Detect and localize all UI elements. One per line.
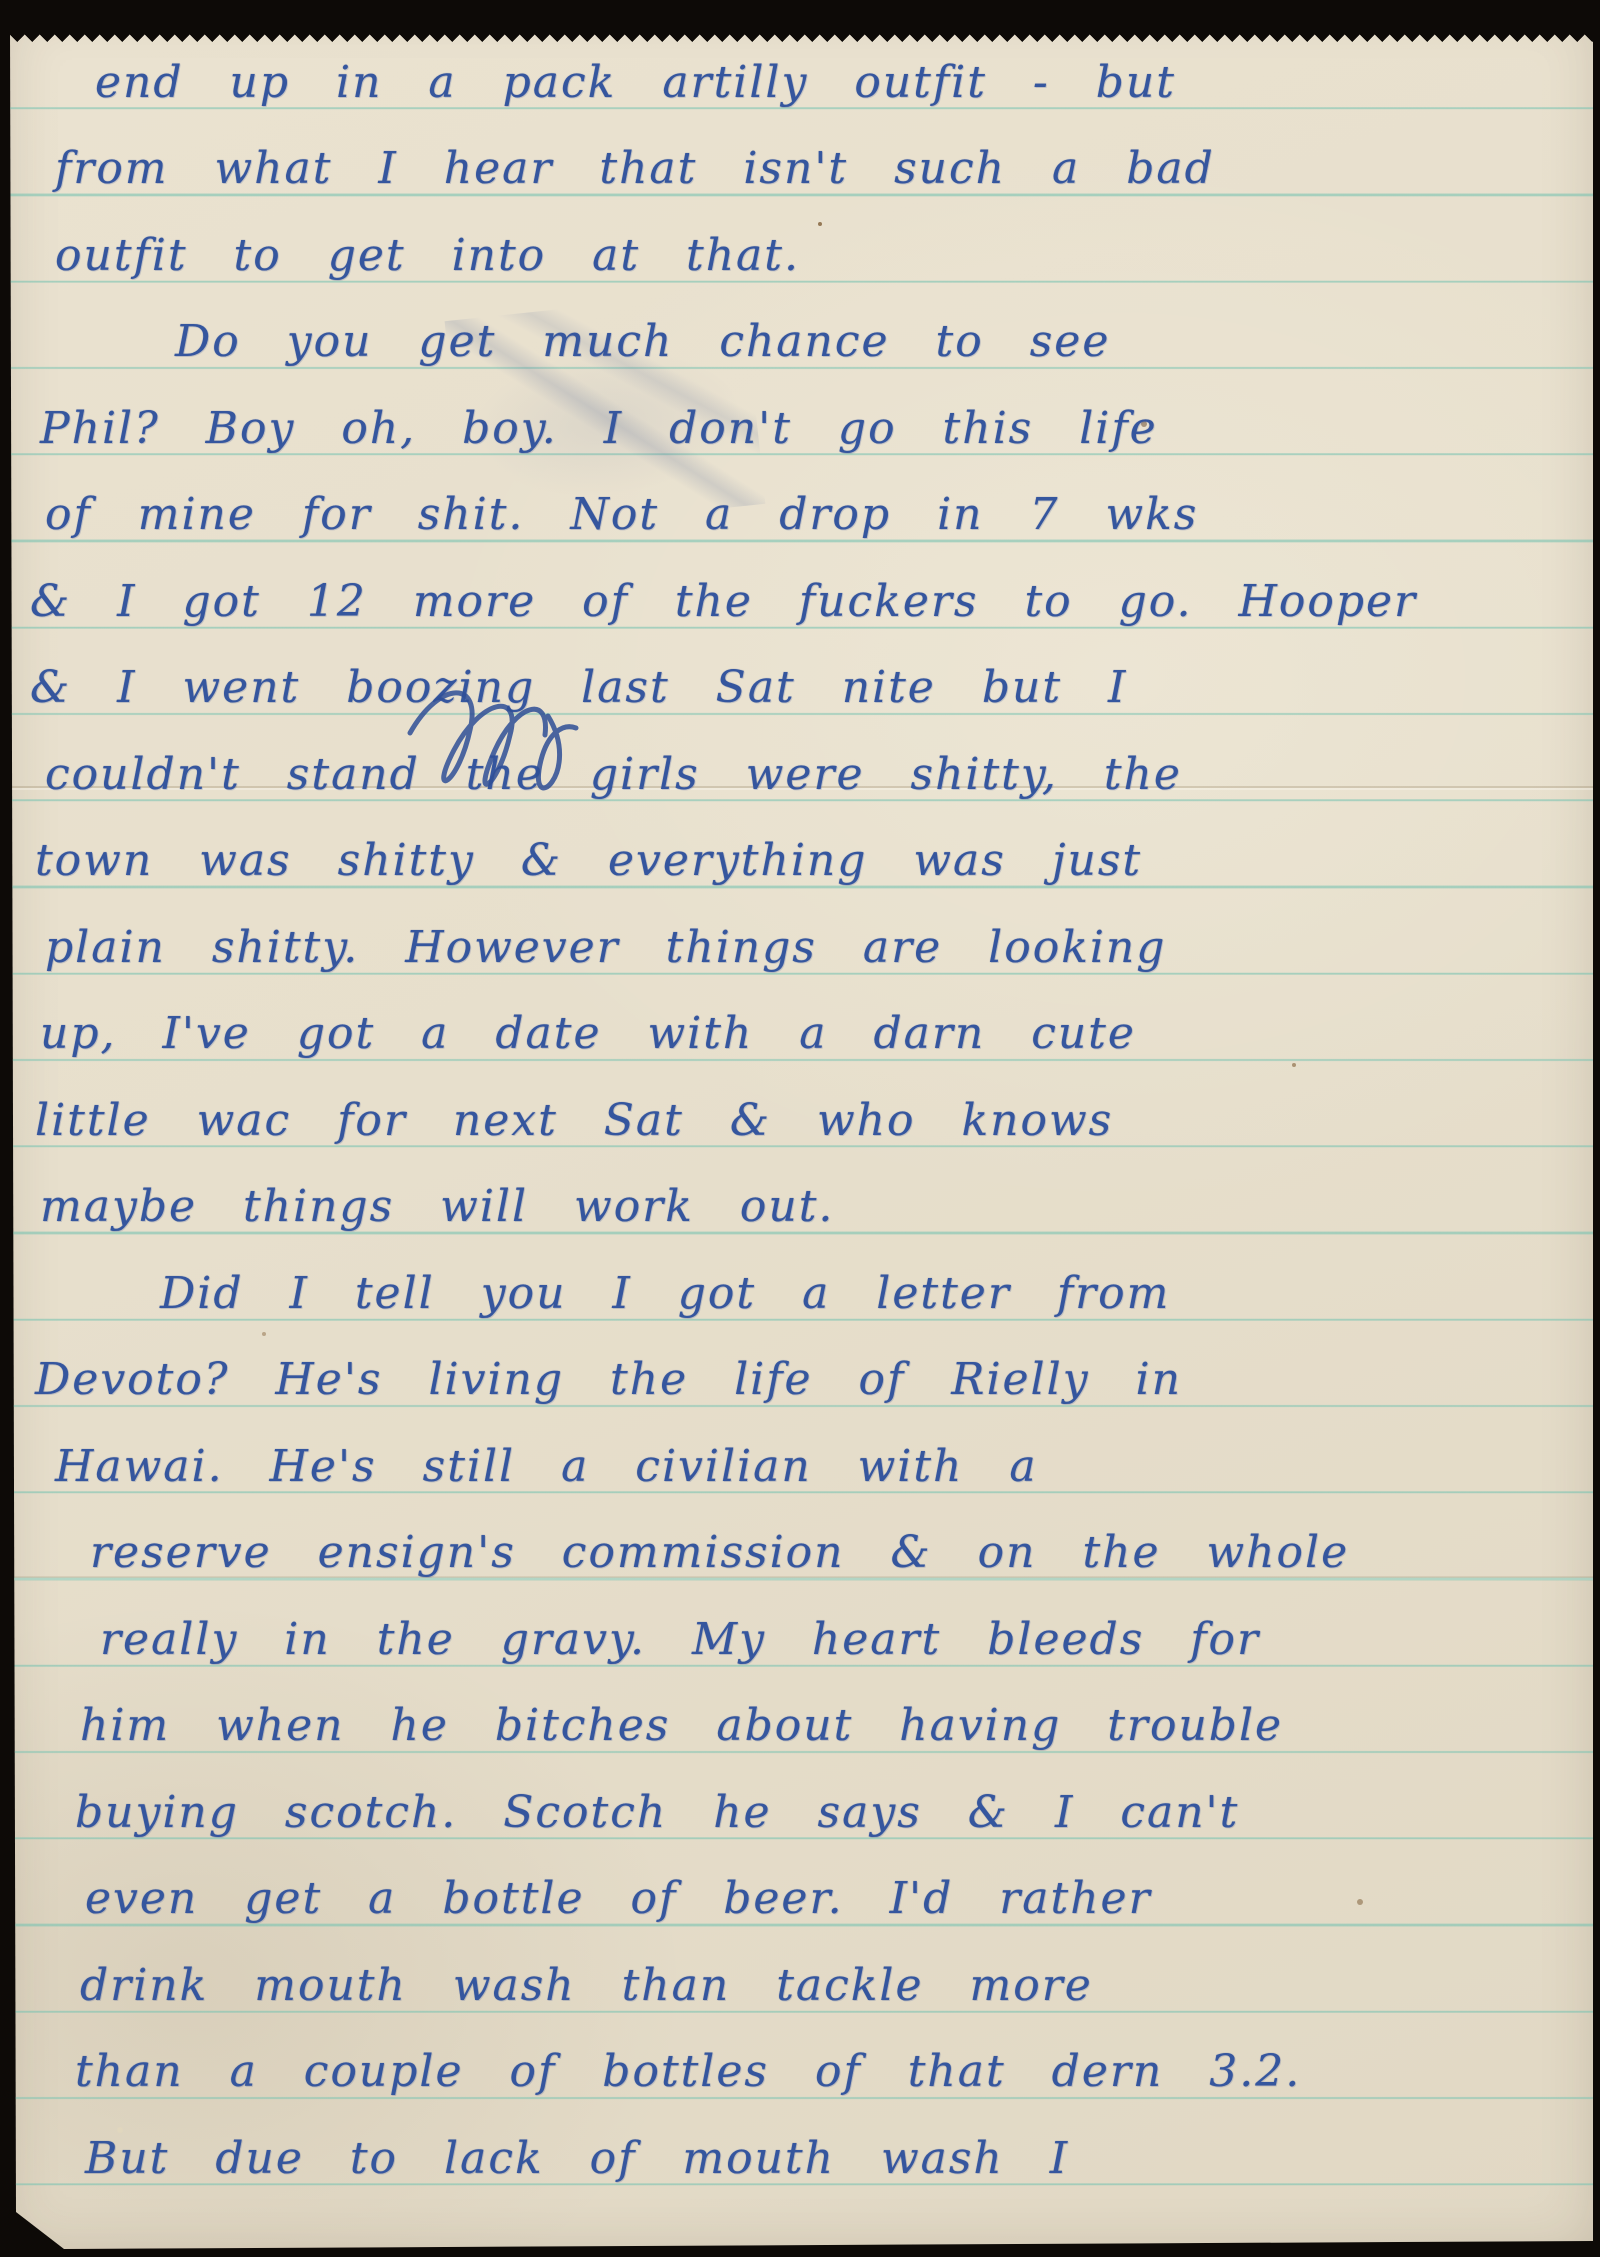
handwriting-line: buying scotch. Scotch he says & I can't [75, 1787, 1239, 1839]
handwriting-line: Devoto? He's living the life of Rielly i… [35, 1354, 1182, 1406]
handwriting-line: Hawai. He's still a civilian with a [55, 1441, 1038, 1493]
handwriting-line: him when he bitches about having trouble [80, 1700, 1283, 1752]
handwriting-line: & I got 12 more of the fuckers to go. Ho… [30, 576, 1417, 628]
handwriting-line: Did I tell you I got a letter from [160, 1268, 1170, 1320]
handwriting-line: Phil? Boy oh, boy. I don't go this life [40, 403, 1158, 455]
handwriting-line: even get a bottle of beer. I'd rather [85, 1873, 1152, 1925]
handwriting-line: from what I hear that isn't such a bad [55, 143, 1215, 195]
handwriting-line: drink mouth wash than tackle more [80, 1960, 1093, 2012]
handwriting-line: up, I've got a date with a darn cute [40, 1008, 1136, 1060]
handwriting-line: maybe things will work out. [40, 1181, 834, 1233]
handwriting-text: end up in a pack artilly outfit - butfro… [0, 0, 1600, 2257]
handwriting-line: Do you get much chance to see [175, 316, 1110, 368]
handwriting-line: town was shitty & everything was just [35, 835, 1142, 887]
handwriting-line: really in the gravy. My heart bleeds for [100, 1614, 1260, 1666]
handwriting-line: plain shitty. However things are looking [45, 922, 1166, 974]
handwriting-line: end up in a pack artilly outfit - but [95, 57, 1176, 109]
handwriting-line: outfit to get into at that. [55, 230, 800, 282]
scanned-letter: end up in a pack artilly outfit - butfro… [0, 0, 1600, 2257]
handwriting-line: little wac for next Sat & who knows [35, 1095, 1113, 1147]
torn-perforation-edge [10, 28, 1593, 42]
ink-scribble-correction [398, 688, 633, 823]
paper-specks [0, 0, 4, 4]
handwriting-line: reserve ensign's commission & on the who… [90, 1527, 1349, 1579]
letter-page: end up in a pack artilly outfit - butfro… [0, 0, 1600, 2257]
handwriting-line: But due to lack of mouth wash I [85, 2133, 1069, 2185]
handwriting-line: of mine for shit. Not a drop in 7 wks [45, 489, 1198, 541]
handwriting-line: than a couple of bottles of that dern 3.… [75, 2046, 1301, 2098]
